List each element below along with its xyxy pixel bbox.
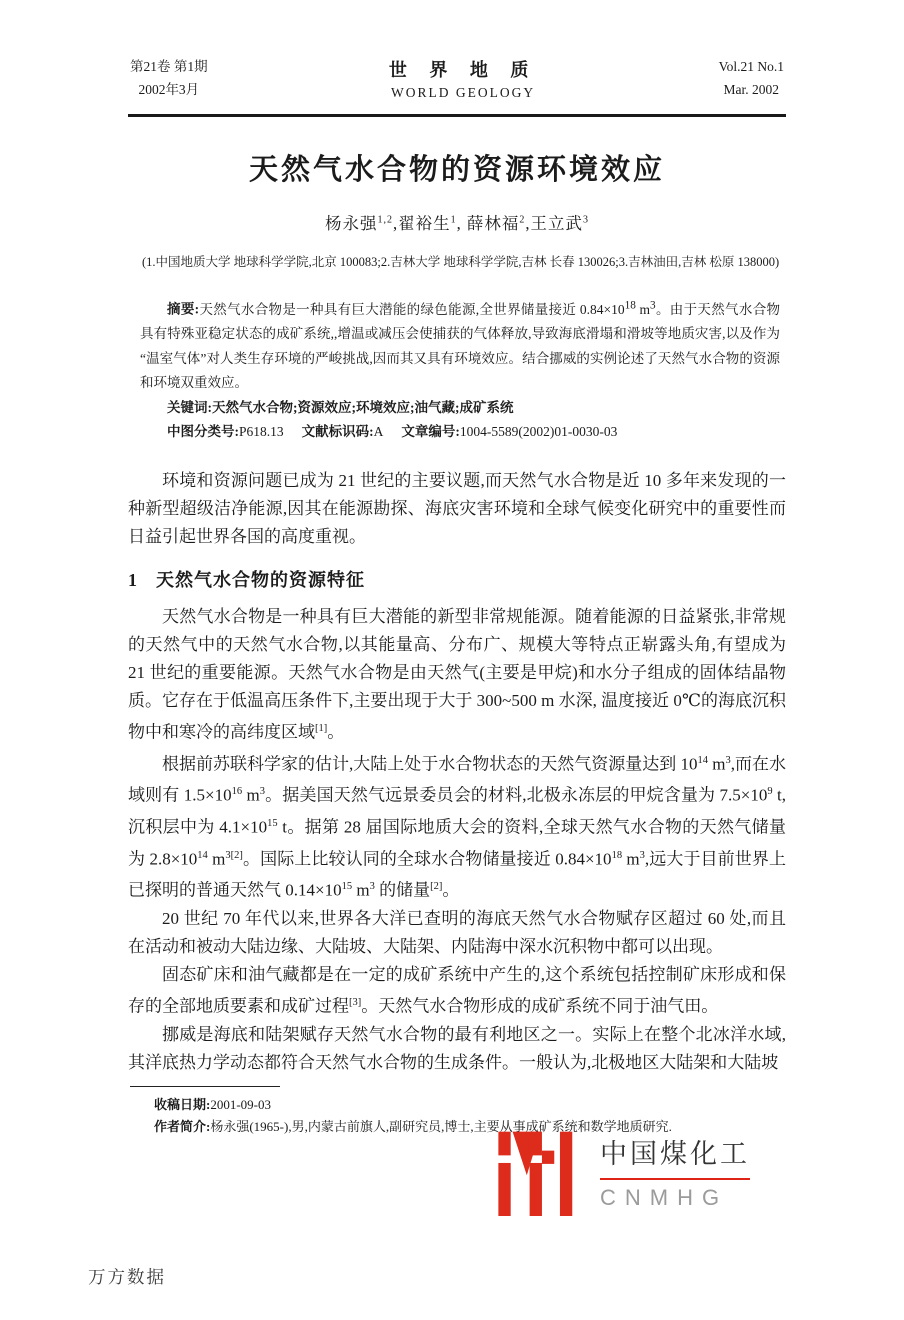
paragraph: 固态矿床和油气藏都是在一定的成矿系统中产生的,这个系统包括控制矿床形成和保存的全… [128,961,786,1021]
publisher-logo: 中国煤化工 CNMHG [497,1126,750,1216]
keywords-label: 关键词: [167,400,212,415]
volume-issue-cn: 第21卷 第1期 [130,56,208,78]
journal-header: 第21卷 第1期 2002年3月 世 界 地 质 WORLD GEOLOGY V… [128,0,786,117]
keywords-text: 天然气水合物;资源效应;环境效应;油气藏;成矿系统 [212,400,513,415]
abstract-label: 摘要: [167,302,199,317]
page: 第21卷 第1期 2002年3月 世 界 地 质 WORLD GEOLOGY V… [0,0,904,1320]
intro-paragraph: 环境和资源问题已成为 21 世纪的主要议题,而天然气水合物是近 10 多年来发现… [128,467,786,551]
classification-line: 中图分类号:P618.13文献标识码:A文章编号:1004-5589(2002)… [128,420,786,445]
wanfang-watermark: 万方数据 [88,1264,166,1289]
article-id-label: 文章编号: [401,424,460,439]
author-bio-label: 作者简介: [154,1119,210,1134]
journal-name-en: WORLD GEOLOGY [389,85,538,101]
header-center: 世 界 地 质 WORLD GEOLOGY [389,56,538,101]
paragraph: 根据前苏联科学家的估计,大陆上处于水合物状态的天然气资源量达到 1014 m3,… [128,747,786,905]
received-date-label: 收稿日期: [154,1097,210,1112]
logo-text: 中国煤化工 CNMHG [600,1126,750,1211]
paragraph: 天然气水合物是一种具有巨大潜能的新型非常规能源。随着能源的日益紧张,非常规的天然… [128,603,786,747]
paragraph: 挪威是海底和陆架赋存天然气水合物的最有利地区之一。实际上在整个北冰洋水域,其洋底… [128,1021,786,1077]
article-title: 天然气水合物的资源环境效应 [128,147,786,188]
section-title: 天然气水合物的资源特征 [156,570,365,590]
volume-issue-en: Vol.21 No.1 [719,56,784,78]
logo-text-en: CNMHG [600,1185,750,1211]
coal-chem-logo-icon [497,1126,585,1216]
article-id-value: 1004-5589(2002)01-0030-03 [460,424,617,439]
logo-text-cn: 中国煤化工 [600,1132,750,1180]
header-left: 第21卷 第1期 2002年3月 [130,56,208,101]
abstract-text: 天然气水合物是一种具有巨大潜能的绿色能源,全世界储量接近 0.84×1018 m… [140,302,780,391]
received-date-value: 2001-09-03 [210,1097,271,1112]
footnote-divider [130,1086,280,1087]
doc-code-value: A [374,424,384,439]
affiliations: (1.中国地质大学 地球科学学院,北京 100083;2.吉林大学 地球科学学院… [128,251,786,274]
section-heading: 1天然气水合物的资源特征 [128,566,786,592]
abstract-block: 摘要:天然气水合物是一种具有巨大潜能的绿色能源,全世界储量接近 0.84×101… [128,295,786,396]
header-right: Vol.21 No.1 Mar. 2002 [719,56,784,101]
keywords-line: 关键词:天然气水合物;资源效应;环境效应;油气藏;成矿系统 [128,396,786,421]
date-en: Mar. 2002 [719,79,784,101]
clc-value: P618.13 [239,424,284,439]
authors-byline: 杨永强1,2,翟裕生1, 薛林福2,王立武3 [128,210,786,234]
doc-code-label: 文献标识码: [302,424,374,439]
clc-label: 中图分类号: [167,424,239,439]
section-number: 1 [128,570,138,590]
paragraph: 20 世纪 70 年代以来,世界各大洋已查明的海底天然气水合物赋存区超过 60 … [128,905,786,961]
received-date-line: 收稿日期:2001-09-03 [128,1094,786,1116]
journal-name-cn: 世 界 地 质 [389,56,538,82]
date-cn: 2002年3月 [130,79,208,101]
